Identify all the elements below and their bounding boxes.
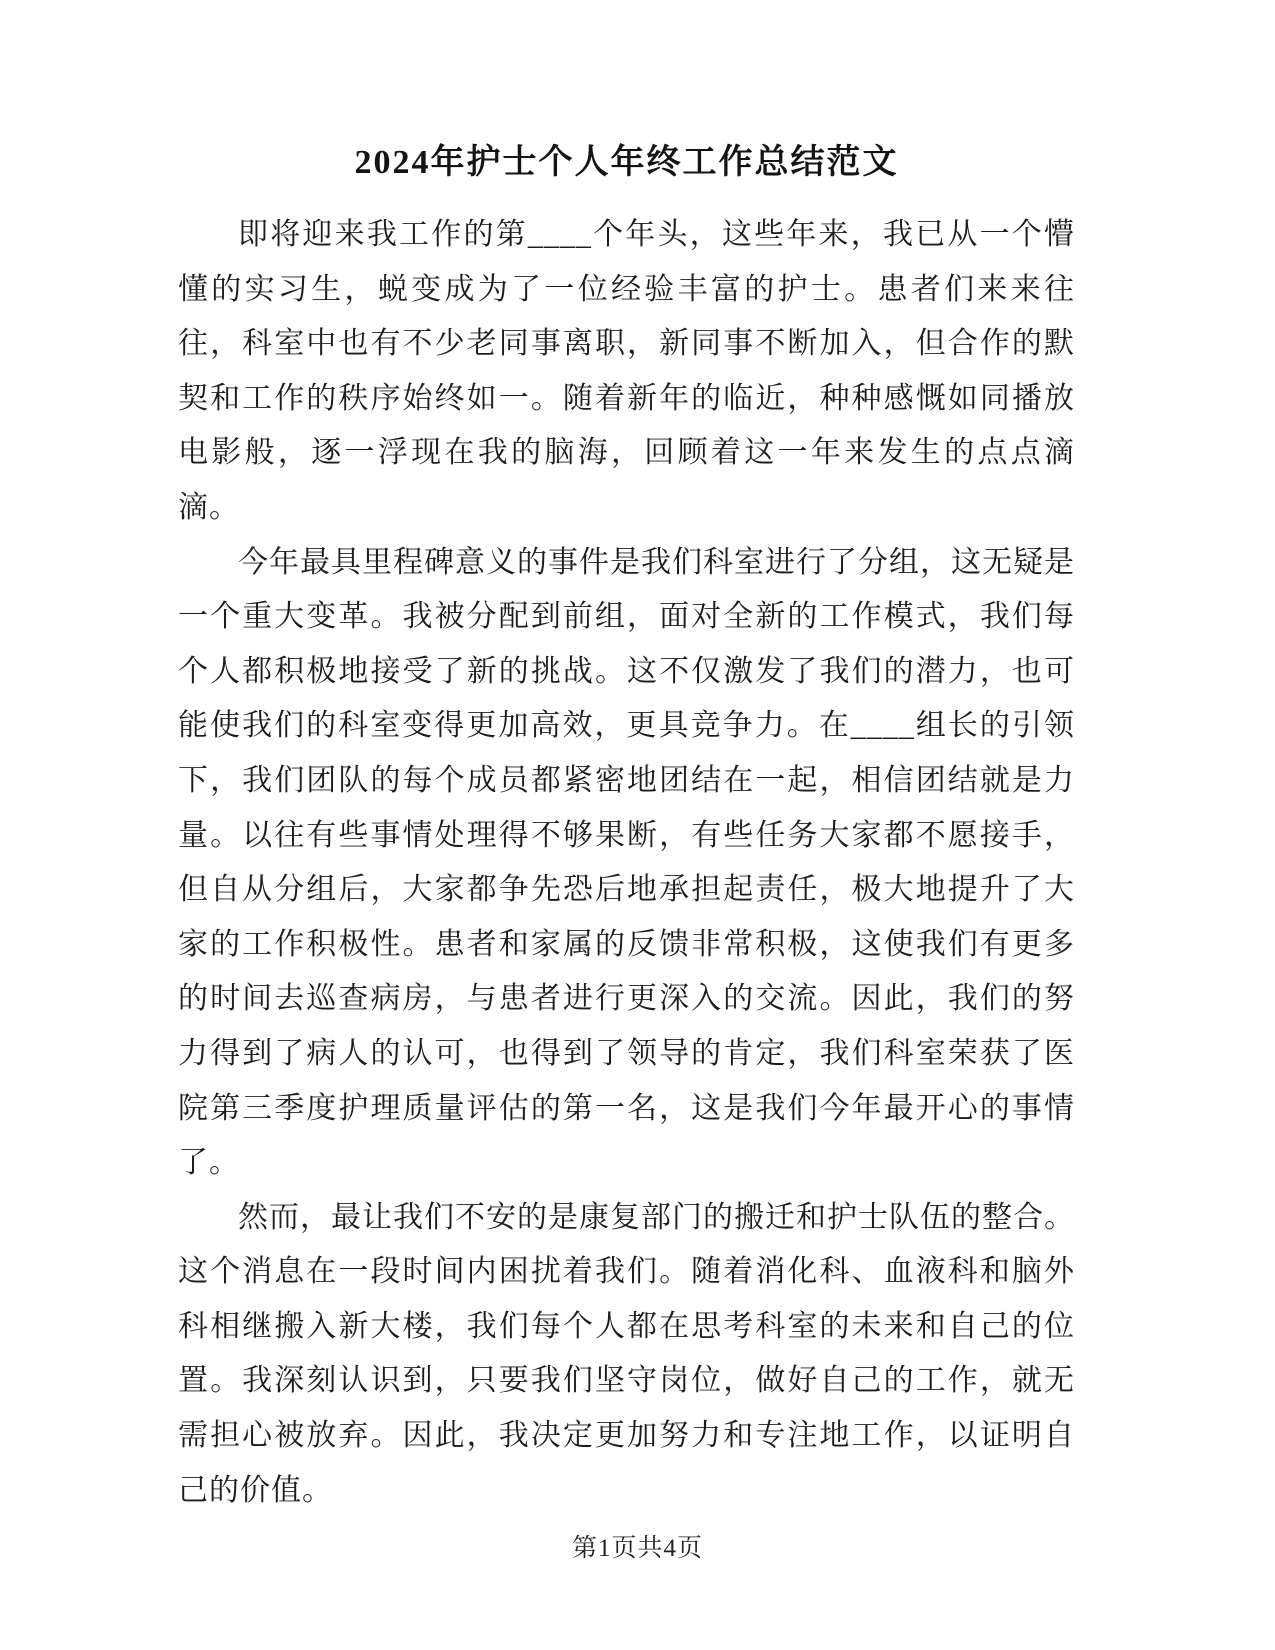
paragraph-milestone: 今年最具里程碑意义的事件是我们科室进行了分组，这无疑是一个重大变革。我被分配到前… xyxy=(178,536,1075,1191)
document-body: 2024年护士个人年终工作总结范文 即将迎来我工作的第____个年头，这些年来，… xyxy=(178,138,1075,1518)
document-title: 2024年护士个人年终工作总结范文 xyxy=(178,138,1075,188)
page-number: 第1页共4页 xyxy=(0,1528,1275,1564)
paragraph-concerns: 然而，最让我们不安的是康复部门的搬迁和护士队伍的整合。这个消息在一段时间内困扰着… xyxy=(178,1191,1075,1519)
paragraph-intro: 即将迎来我工作的第____个年头，这些年来，我已从一个懵懂的实习生，蜕变成为了一… xyxy=(178,208,1075,536)
document-page: 2024年护士个人年终工作总结范文 即将迎来我工作的第____个年头，这些年来，… xyxy=(0,0,1275,1650)
